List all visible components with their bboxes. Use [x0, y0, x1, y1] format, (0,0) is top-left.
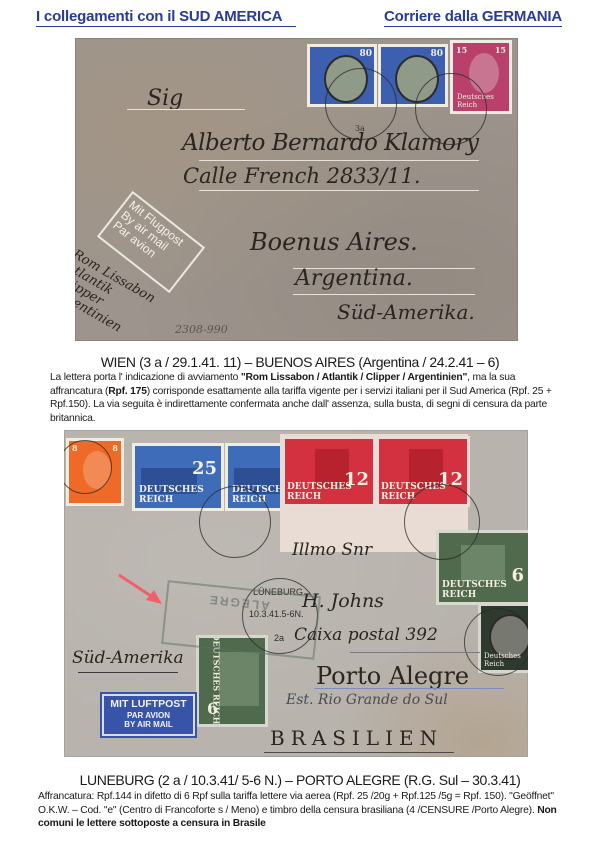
cover-2-title: LUNEBURG (2 a / 10.3.41/ 5-6 N.) – PORTO…	[0, 772, 600, 788]
address-city: Boenus Aires.	[250, 228, 418, 256]
building-icon	[219, 652, 259, 706]
building-icon	[461, 545, 505, 581]
cover-1-title: WIEN (3 a / 29.1.41. 11) – BUENOS AIRES …	[0, 354, 600, 370]
cover-2-envelope: 8 8 25 DEUTSCHES REICH 25 DEUTSCHES REIC…	[64, 430, 528, 757]
stamp-value: 15	[495, 45, 506, 55]
page-title-left: I collegamenti con il SUD AMERICA	[36, 8, 296, 27]
address-salutation: Illmo Snr	[292, 540, 372, 560]
postmark-middle	[199, 486, 271, 558]
stamp-value: 80	[430, 49, 443, 59]
stamp-value: 15	[456, 45, 467, 55]
address-name: H. Johns	[302, 590, 384, 612]
address-region: Süd-Amerika.	[337, 300, 475, 324]
pencil-note: 2308-990	[175, 323, 228, 336]
address-city: Porto Alegre	[316, 662, 469, 690]
address-state: Est. Rio Grande do Sul	[286, 692, 448, 708]
stamp-leipzig-12-1: 12 DEUTSCHES REICH	[282, 436, 376, 507]
page-title-right: Corriere dalla GERMANIA	[384, 8, 562, 27]
cover-2-description: Affrancatura: Rpf.144 in difetto di 6 Rp…	[38, 790, 568, 831]
cover-1-description: La lettera porta l' indicazione di avvia…	[50, 371, 570, 425]
arrow-icon	[116, 572, 164, 606]
side-note: Süd-Amerika	[72, 648, 184, 668]
address-name: Alberto Bernardo Klamory	[182, 130, 479, 156]
address-salutation: Sig	[147, 86, 183, 111]
address-box: Caixa postal 392	[294, 625, 438, 645]
airmail-label: MIT LUFTPOST PAR AVION BY AIR MAIL	[100, 692, 197, 738]
address-street: Calle French 2833/11.	[183, 164, 421, 188]
stamp-value: 80	[359, 49, 372, 59]
address-country: BRASILIEN	[270, 726, 443, 750]
postmark-hindenburg	[464, 608, 528, 676]
postmark-right	[404, 484, 480, 560]
cover-1-envelope: 80 80 15 15 Deutsches Reich 3a Sig Alber…	[75, 38, 518, 341]
address-country: Argentina.	[295, 266, 413, 291]
